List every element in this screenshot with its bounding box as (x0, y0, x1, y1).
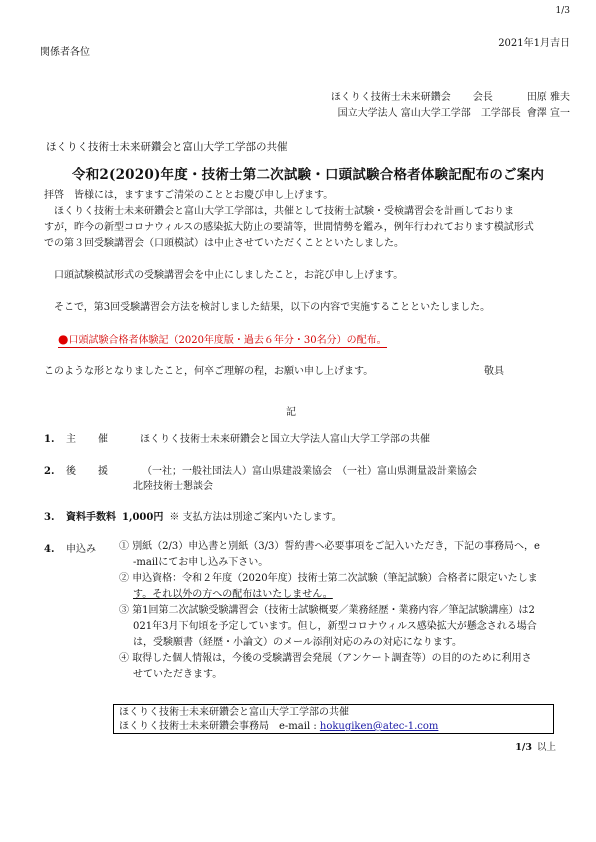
item-number: 1. (44, 434, 66, 445)
note-text: 第1回第二次試験受験講習会（技術士試験概要／業務経歴・業務内容／筆記試験講座）は… (132, 605, 535, 616)
note-text: 申込資格：令和２年度（2020年度）技術士第二次試験（筆記試験）合格者に限定いた… (132, 573, 537, 584)
circled-number: ④ (119, 653, 129, 664)
application-note-2: ② 申込資格：令和２年度（2020年度）技術士第二次試験（筆記試験）合格者に限定… (119, 571, 579, 603)
footer: 1/3以上 (515, 739, 556, 753)
page-indicator: 1/3 (556, 6, 570, 16)
item-text: （一社；一般社団法人）富山県建設業協会 （一社）富山県測量設計業協会 (142, 466, 477, 477)
highlight-text: 口頭試験合格者体験記（2020年度版・過去６年分・30名分）の配布。 (68, 335, 386, 346)
item-label: 主 催 (66, 430, 140, 445)
closing-text: このような形となりましたこと，何卒ご理解の程，お願い申し上げます。 (44, 364, 373, 381)
circled-number: ① (119, 541, 129, 552)
item-support-line-2: 北陸技術士懇談会 (133, 477, 213, 492)
note-text-cont: は，受験願書（経歴・小論文）のメール添削対応のみの対応になります。 (119, 635, 579, 651)
contact-cohost: ほくりく技術士未来研鑽会と富山大学工学部の共催 (119, 706, 553, 720)
item-label: 申込み (66, 544, 96, 555)
item-number: 4. (44, 544, 66, 555)
circled-number: ② (119, 573, 129, 584)
application-note-3: ③ 第1回第二次試験受験講習会（技術士試験概要／業務経歴・業務内容／筆記試験講座… (119, 603, 579, 651)
sender-name: 會澤 宣一 (527, 104, 570, 119)
ki-heading: 記 (286, 403, 296, 418)
circled-number: ③ (119, 605, 129, 616)
sender-org: ほくりく技術士未来研鑽会 (331, 88, 451, 103)
decision-text: そこで，第3回受験講習会方法を検討しました結果，以下の内容で実施することといたし… (44, 300, 490, 317)
note-text-cont: せていただきます。 (119, 667, 579, 683)
sender-role: 工学部長 (481, 104, 521, 119)
fee-amount: 1,000円 (122, 512, 163, 523)
item-text: ほくりく技術士未来研鑽会と国立大学法人富山大学工学部の共催 (140, 434, 430, 445)
greeting: 拝啓 皆様には，ますますご清栄のこととお慶び申し上げます。 (44, 188, 333, 205)
paragraph-1-line-2: すが，昨今の新型コロナウィルスの感染拡大防止の要請等，世間情勢を鑑み，例年行われ… (44, 220, 534, 237)
note-text: 別紙（2/3）申込書と別紙（3/3）誓約書へ必要事項をご記入いただき，下記の事務… (132, 541, 540, 552)
document-date: 2021年1月吉日 (498, 34, 570, 49)
addressee: 関係者各位 (40, 43, 90, 58)
sender-2: 国立大学法人 富山大学工学部工学部長會澤 宣一 (338, 104, 570, 119)
sender-org: 国立大学法人 富山大学工学部 (338, 104, 471, 119)
email-link[interactable]: hokugiken@atec-1.com (320, 721, 439, 732)
sender-1: ほくりく技術士未来研鑽会会長田原 雅夫 (331, 88, 570, 103)
item-text: ※ 支払方法は別途ご案内いたします。 (169, 512, 341, 523)
application-note-1: ① 別紙（2/3）申込書と別紙（3/3）誓約書へ必要事項をご記入いただき，下記の… (119, 539, 579, 571)
paragraph-1-line-3: での第３回受験講習会（口頭模試）は中止させていただくことといたしました。 (44, 236, 404, 253)
item-label: 資料手数料 (66, 512, 116, 523)
note-text: 取得した個人情報は，今後の受験講習会発展（アンケート調査等）の目的のために利用さ (132, 653, 531, 664)
item-application: 4.申込み (44, 540, 96, 555)
note-text-cont: 021年3月下旬頃を予定しています。但し，新型コロナウィルス感染拡大が懸念される… (119, 619, 579, 635)
footer-page: 1/3 (515, 742, 532, 753)
note-text-cont: す。それ以外の方への配布はいたしません。 (133, 589, 333, 600)
note-text-cont: -mailにてお申し込み下さい。 (119, 555, 579, 571)
red-bullet-icon: ● (58, 332, 68, 346)
item-label: 後 援 (66, 462, 142, 477)
item-organizer: 1.主 催ほくりく技術士未来研鑽会と国立大学法人富山大学工学部の共催 (44, 430, 430, 445)
keigu: 敬具 (484, 364, 504, 381)
contact-office: ほくりく技術士未来研鑽会事務局 e-mail : (119, 721, 320, 732)
cohost-line: ほくりく技術士未来研鑽会と富山大学工学部の共催 (46, 139, 288, 154)
item-fee: 3.資料手数料1,000円※ 支払方法は別途ご案内いたします。 (44, 508, 342, 523)
footer-end: 以上 (537, 742, 556, 753)
highlight-notice: ●口頭試験合格者体験記（2020年度版・過去６年分・30名分）の配布。 (58, 331, 387, 348)
contact-email-line: ほくりく技術士未来研鑽会事務局 e-mail : hokugiken@atec-… (119, 720, 553, 734)
application-note-4: ④ 取得した個人情報は，今後の受験講習会発展（アンケート調査等）の目的のために利… (119, 651, 579, 683)
item-support: 2.後 援（一社；一般社団法人）富山県建設業協会 （一社）富山県測量設計業協会 (44, 462, 477, 477)
sender-name: 田原 雅夫 (527, 88, 570, 103)
paragraph-1-line-1: ほくりく技術士未来研鑽会と富山大学工学部は，共催として技術士試験・受検講習会を計… (44, 204, 514, 221)
item-number: 2. (44, 466, 66, 477)
contact-box: ほくりく技術士未来研鑽会と富山大学工学部の共催 ほくりく技術士未来研鑽会事務局 … (113, 704, 554, 734)
item-number: 3. (44, 512, 66, 523)
apology-text: 口頭試験模試形式の受験講習会を中止にしましたこと，お詫び申し上げます。 (44, 268, 403, 285)
document-title: 令和2(2020)年度・技術士第二次試験・口頭試験合格者体験記配布のご案内 (72, 163, 544, 183)
sender-role: 会長 (473, 88, 493, 103)
